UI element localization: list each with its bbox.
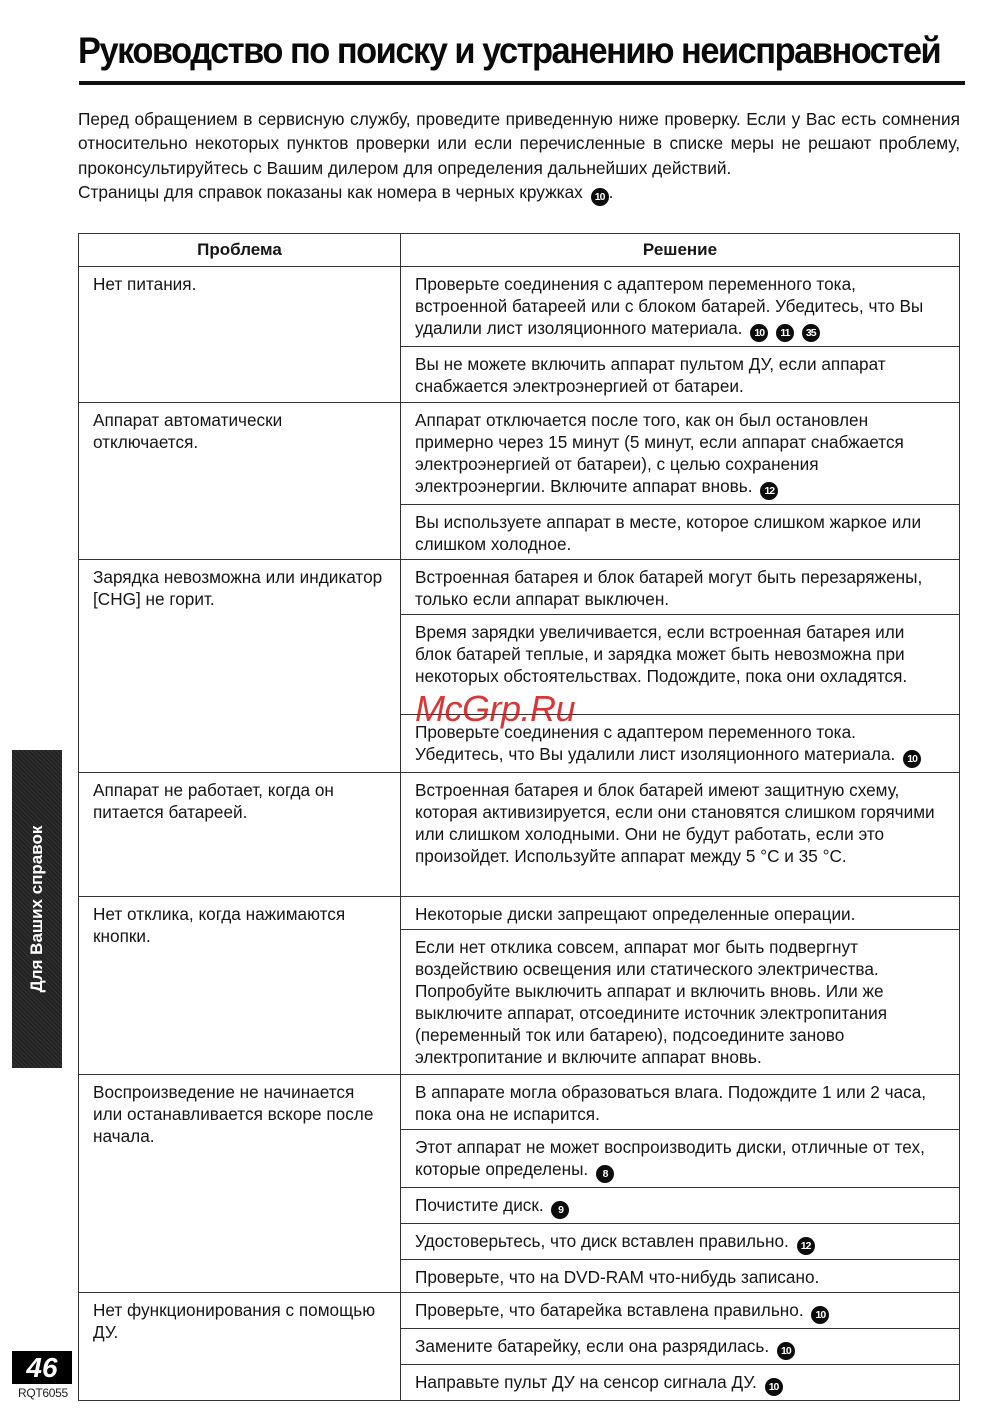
- solution-text: Почистите диск.: [415, 1195, 544, 1215]
- solution-cell: Некоторые диски запрещают определенные о…: [401, 897, 960, 930]
- table-row: Нет функционирования с помощью ДУ.Провер…: [79, 1293, 960, 1329]
- problem-cell: Нет отклика, когда нажимаются кнопки.: [79, 897, 401, 1075]
- solution-text: Направьте пульт ДУ на сенсор сигнала ДУ.: [415, 1372, 757, 1392]
- page-ref-icon: 12: [760, 482, 778, 500]
- solution-cell: Вы не можете включить аппарат пультом ДУ…: [401, 347, 960, 403]
- intro-note-text: Страницы для справок показаны как номера…: [78, 182, 583, 202]
- solution-cell: Направьте пульт ДУ на сенсор сигнала ДУ.…: [401, 1365, 960, 1401]
- solution-text: Замените батарейку, если она разрядилась…: [415, 1336, 769, 1356]
- table-body: Нет питания.Проверьте соединения с адапт…: [79, 267, 960, 1401]
- solution-cell: Проверьте, что батарейка вставлена прави…: [401, 1293, 960, 1329]
- column-header-solution: Решение: [401, 234, 960, 267]
- solution-text: Проверьте, что на DVD-RAM что-нибудь зап…: [415, 1267, 819, 1287]
- solution-text: Проверьте соединения с адаптером перемен…: [415, 274, 923, 338]
- solution-cell: Встроенная батарея и блок батарей могут …: [401, 560, 960, 615]
- solution-text: Вы не можете включить аппарат пультом ДУ…: [415, 354, 886, 396]
- side-section-label: Для Ваших справок: [27, 826, 47, 993]
- page-ref-icon: 10: [811, 1306, 829, 1324]
- model-code: RQT6055: [18, 1386, 68, 1400]
- solution-text: Встроенная батарея и блок батарей имеют …: [415, 780, 935, 866]
- solution-cell: Проверьте соединения с адаптером перемен…: [401, 267, 960, 347]
- problem-cell: Воспроизведение не начинается или остана…: [79, 1075, 401, 1293]
- solution-text: Удостоверьтесь, что диск вставлен правил…: [415, 1231, 789, 1251]
- solution-text: Встроенная батарея и блок батарей могут …: [415, 567, 922, 609]
- problem-cell: Зарядка невозможна или индикатор [CHG] н…: [79, 560, 401, 773]
- solution-cell: Вы используете аппарат в месте, которое …: [401, 505, 960, 560]
- solution-cell: Этот аппарат не может воспроизводить дис…: [401, 1130, 960, 1188]
- solution-cell: Если нет отклика совсем, аппарат мог быт…: [401, 930, 960, 1075]
- table-row: Зарядка невозможна или индикатор [CHG] н…: [79, 560, 960, 615]
- solution-cell: Почистите диск. 9: [401, 1188, 960, 1224]
- solution-text: Аппарат отключается после того, как он б…: [415, 410, 904, 496]
- problem-cell: Аппарат автоматически отключается.: [79, 403, 401, 560]
- page-ref-icon: 11: [776, 324, 794, 342]
- intro-note: Страницы для справок показаны как номера…: [78, 180, 960, 206]
- table-row: Нет питания.Проверьте соединения с адапт…: [79, 267, 960, 347]
- table-row: Аппарат автоматически отключается.Аппара…: [79, 403, 960, 505]
- page-ref-icon: 35: [802, 324, 820, 342]
- table-row: Аппарат не работает, когда он питается б…: [79, 773, 960, 897]
- solution-cell: Проверьте, что на DVD-RAM что-нибудь зап…: [401, 1260, 960, 1293]
- intro-note-end: .: [609, 182, 614, 202]
- solution-text: Проверьте соединения с адаптером перемен…: [415, 722, 895, 764]
- table-row: Воспроизведение не начинается или остана…: [79, 1075, 960, 1130]
- page-number: 46: [12, 1351, 72, 1384]
- solution-text: Если нет отклика совсем, аппарат мог быт…: [415, 937, 887, 1067]
- solution-text: Некоторые диски запрещают определенные о…: [415, 904, 855, 924]
- solution-text: Проверьте, что батарейка вставлена прави…: [415, 1300, 804, 1320]
- problem-cell: Нет функционирования с помощью ДУ.: [79, 1293, 401, 1401]
- problem-cell: Нет питания.: [79, 267, 401, 403]
- solution-cell: Удостоверьтесь, что диск вставлен правил…: [401, 1224, 960, 1260]
- solution-text: Время зарядки увеличивается, если встрое…: [415, 622, 907, 686]
- page-ref-icon: 10: [765, 1378, 783, 1396]
- solution-cell: Проверьте соединения с адаптером перемен…: [401, 715, 960, 773]
- troubleshooting-table: Проблема Решение Нет питания.Проверьте с…: [78, 233, 960, 1401]
- solution-cell: Время зарядки увеличивается, если встрое…: [401, 615, 960, 715]
- page-ref-icon: 12: [797, 1237, 815, 1255]
- solution-text: Вы используете аппарат в месте, которое …: [415, 512, 921, 554]
- intro-text: Перед обращением в сервисную службу, про…: [78, 107, 960, 206]
- page-ref-icon: 10: [591, 188, 609, 206]
- solution-cell: Аппарат отключается после того, как он б…: [401, 403, 960, 505]
- solution-text: В аппарате могла образоваться влага. Под…: [415, 1082, 926, 1124]
- side-section-tab: Для Ваших справок: [12, 750, 62, 1068]
- solution-cell: Замените батарейку, если она разрядилась…: [401, 1329, 960, 1365]
- page-ref-icon: 9: [551, 1201, 569, 1219]
- page-ref-icon: 8: [596, 1165, 614, 1183]
- solution-text: Этот аппарат не может воспроизводить дис…: [415, 1137, 925, 1179]
- solution-cell: Встроенная батарея и блок батарей имеют …: [401, 773, 960, 897]
- page-ref-icon: 10: [903, 750, 921, 768]
- page-ref-icon: 10: [777, 1342, 795, 1360]
- title-underline: [79, 81, 965, 85]
- table-header-row: Проблема Решение: [79, 234, 960, 267]
- column-header-problem: Проблема: [79, 234, 401, 267]
- page-ref-icon: 10: [750, 324, 768, 342]
- page-title: Руководство по поиску и устранению неисп…: [78, 30, 940, 72]
- intro-paragraph: Перед обращением в сервисную службу, про…: [78, 107, 960, 180]
- problem-cell: Аппарат не работает, когда он питается б…: [79, 773, 401, 897]
- table-row: Нет отклика, когда нажимаются кнопки.Нек…: [79, 897, 960, 930]
- solution-cell: В аппарате могла образоваться влага. Под…: [401, 1075, 960, 1130]
